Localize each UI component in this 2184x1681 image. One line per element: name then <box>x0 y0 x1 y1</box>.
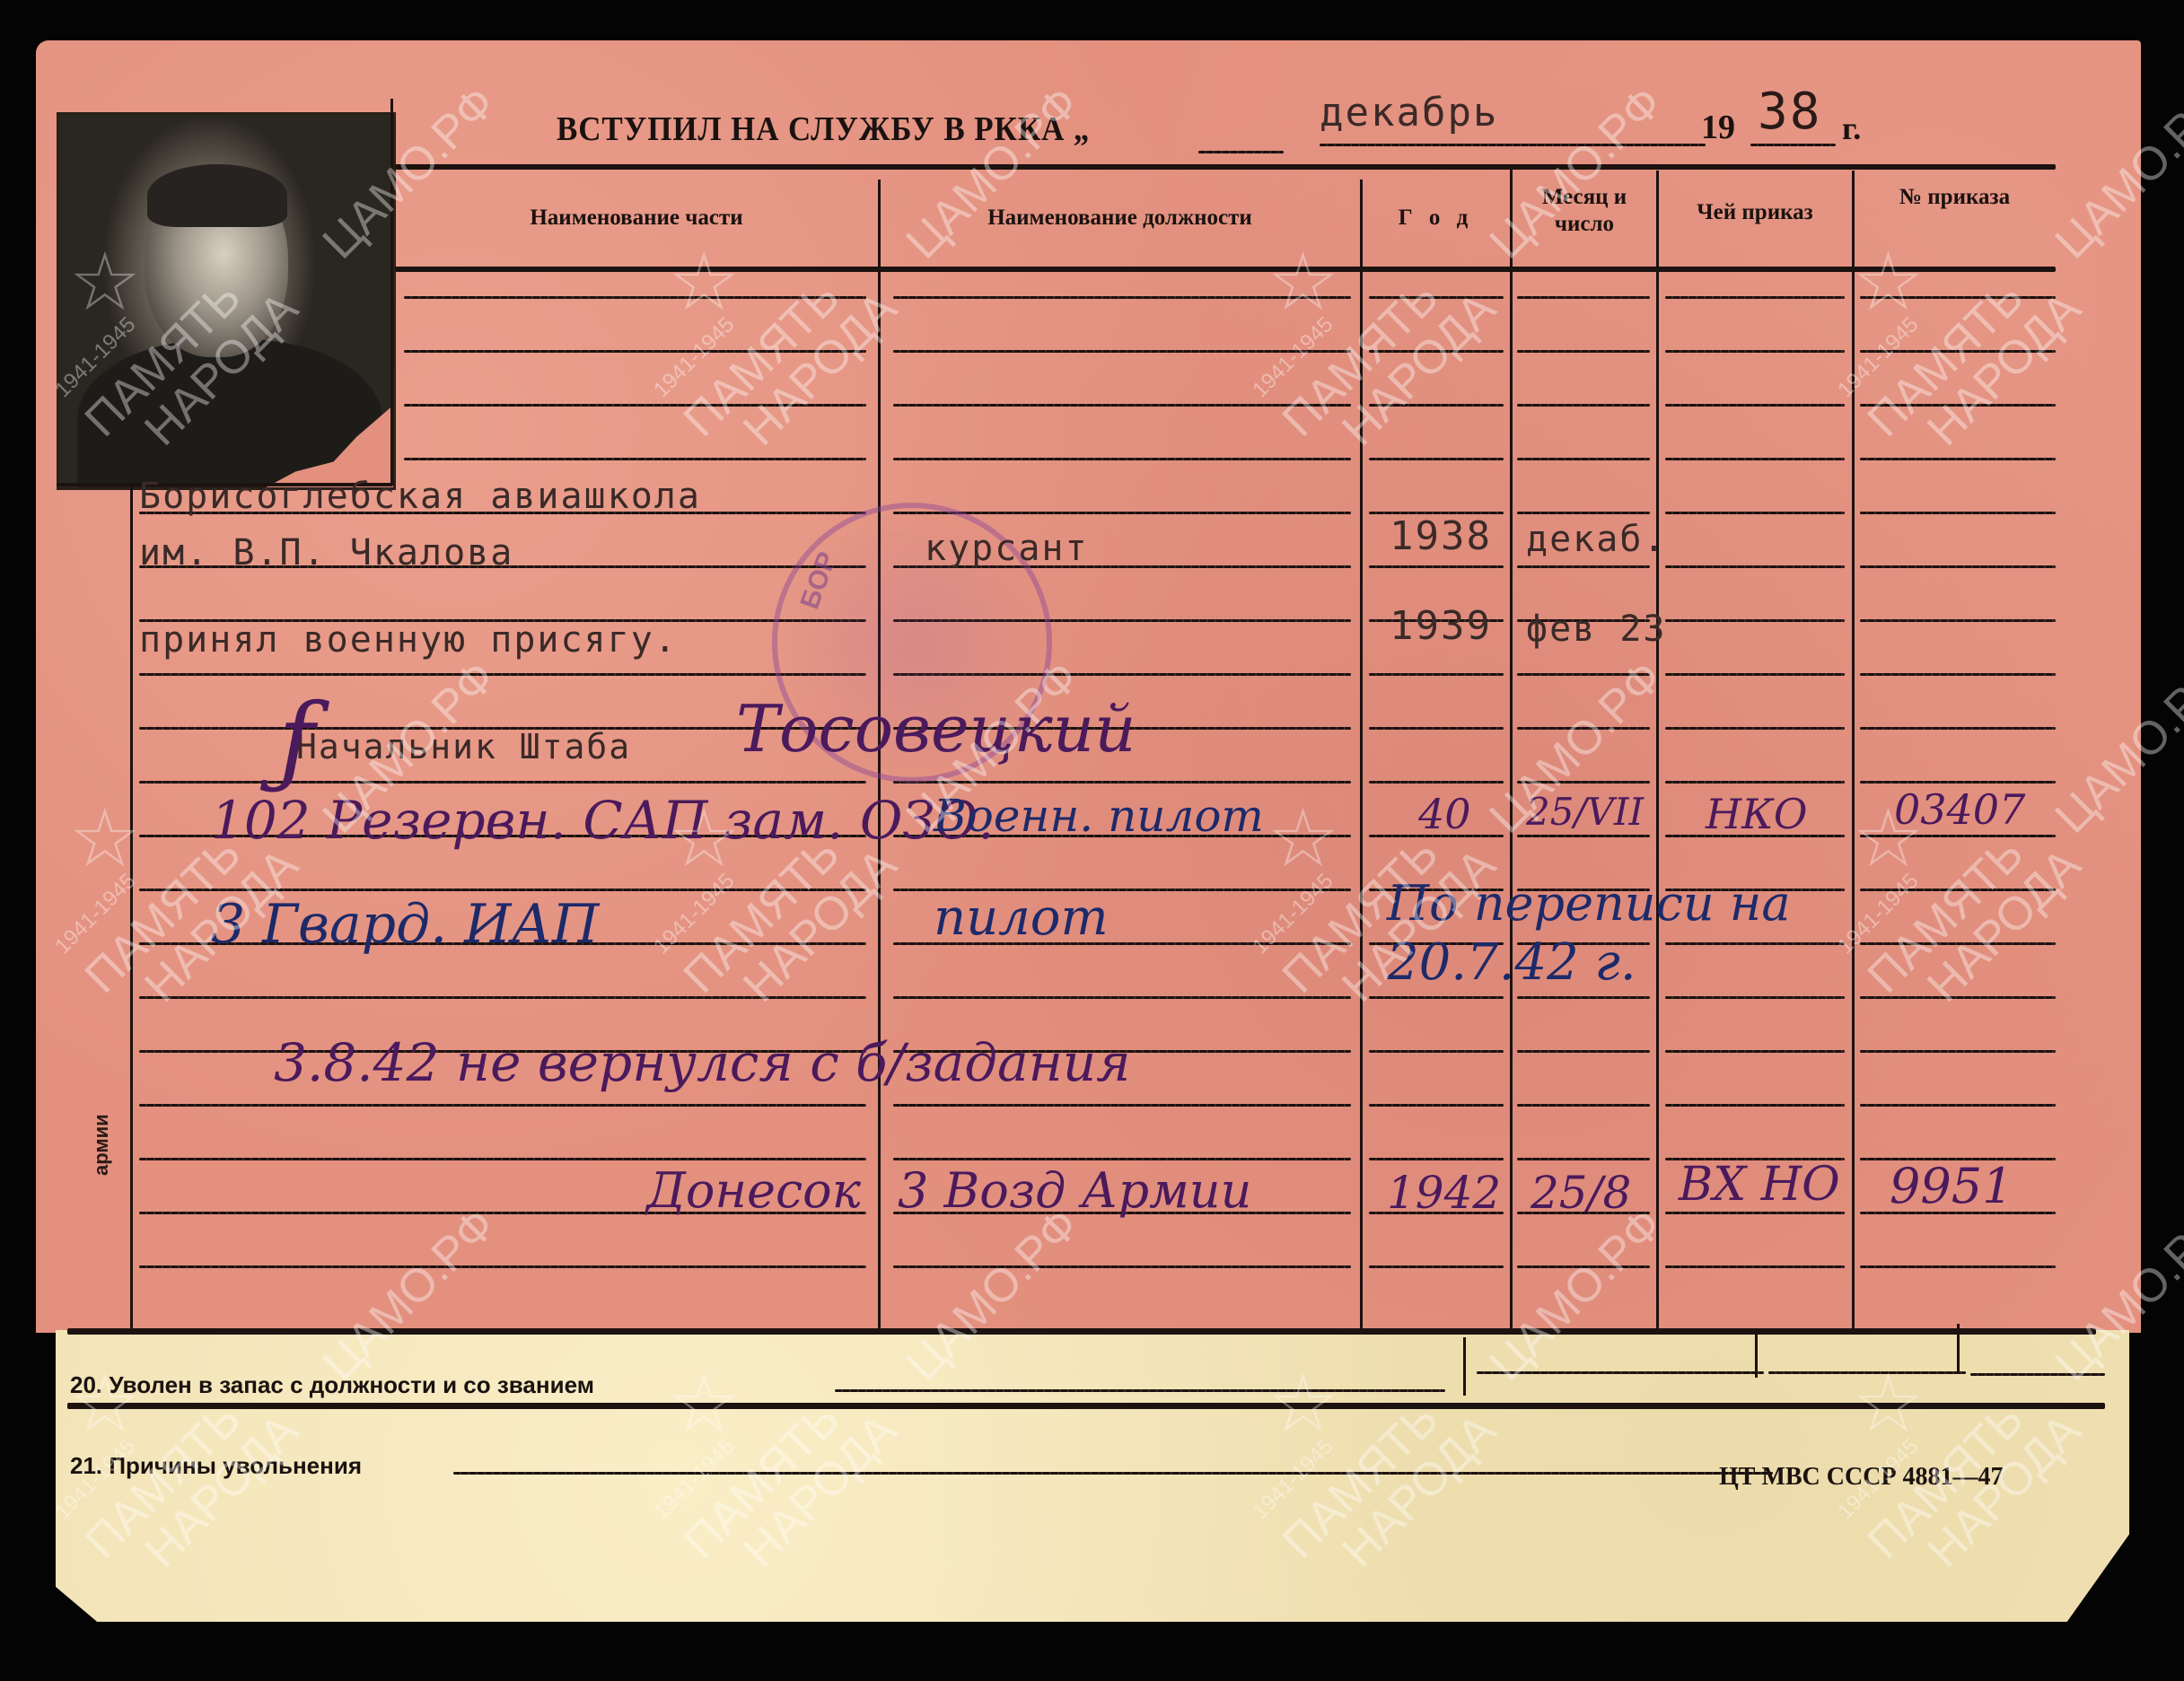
star-icon: ☆ <box>1852 799 1925 880</box>
row-2-unit: им. В.П. Чкалова <box>139 532 513 573</box>
row-2-position: курсант <box>925 528 1089 569</box>
ruled-line <box>1665 512 1845 514</box>
row-2-year: 1938 <box>1390 513 1492 559</box>
ruled-line <box>1369 673 1504 676</box>
ruled-line <box>893 1104 1351 1107</box>
ruled-line <box>1665 404 1845 407</box>
ruled-line <box>139 1265 866 1268</box>
row-3-year: 1939 <box>1390 603 1492 649</box>
ruled-line <box>404 458 866 460</box>
row-9-order-no: 9951 <box>1890 1158 2013 1214</box>
star-icon: ☆ <box>69 242 142 323</box>
row-4-unit: Начальник Штаба <box>296 727 631 766</box>
ruled-line <box>1369 727 1504 730</box>
star-icon: ☆ <box>668 799 741 880</box>
row-9-order-by: ВХ НО <box>1679 1158 1840 1212</box>
ruled-line <box>1517 1104 1650 1107</box>
row-5-order-by: НКО <box>1706 790 1807 838</box>
ruled-line <box>1860 1104 2056 1107</box>
star-icon: ☆ <box>1267 242 1339 323</box>
ruled-line <box>1517 458 1650 460</box>
ruled-line <box>893 1265 1351 1268</box>
star-icon: ☆ <box>668 1364 741 1445</box>
day-underline <box>1198 151 1284 153</box>
row-8-note: 3.8.42 не вернулся с б/задания <box>274 1032 1131 1093</box>
star-icon: ☆ <box>69 1364 142 1445</box>
ruled-line <box>1517 296 1650 299</box>
header-top-rule <box>395 164 2056 170</box>
ruled-line <box>1369 1265 1504 1268</box>
row-5-position: Военн. пилот <box>934 790 1264 842</box>
ruled-line <box>1665 781 1845 784</box>
ruled-line <box>1369 996 1504 999</box>
row-6-position: пилот <box>934 889 1109 947</box>
ruled-line <box>1517 996 1650 999</box>
footer-tick-1 <box>1463 1337 1466 1396</box>
star-icon: ☆ <box>1852 242 1925 323</box>
row-3-unit: принял военную присягу. <box>139 619 678 661</box>
ruled-line <box>1369 1050 1504 1053</box>
ruled-line <box>1517 1050 1650 1053</box>
ruled-line <box>1369 1104 1504 1107</box>
ruled-line <box>1517 835 1650 837</box>
star-icon: ☆ <box>1267 799 1339 880</box>
ruled-line <box>1369 565 1504 568</box>
footer-tick-2 <box>1755 1328 1758 1378</box>
ruled-line <box>1860 619 2056 622</box>
ruled-line <box>1665 1212 1845 1214</box>
ruled-line <box>139 1104 866 1107</box>
row-9-date: 25/8 <box>1531 1167 1631 1219</box>
ruled-line <box>893 458 1351 460</box>
ruled-line <box>1665 942 1845 945</box>
row-2-date: декаб. <box>1526 519 1667 560</box>
ruled-line <box>893 996 1351 999</box>
header-order-no: № приказа <box>1854 184 2056 211</box>
ruled-line <box>1665 1104 1845 1107</box>
ruled-line <box>1860 458 2056 460</box>
year-unit: г. <box>1842 109 1861 147</box>
ruled-line <box>893 1158 1351 1160</box>
entry-month: декабрь <box>1320 90 1498 136</box>
star-icon: ☆ <box>668 242 741 323</box>
ruled-line <box>1517 512 1650 514</box>
ruled-line <box>1665 727 1845 730</box>
ruled-line <box>1369 458 1504 460</box>
ruled-line <box>1369 1158 1504 1160</box>
col-sep-3 <box>1510 166 1513 1328</box>
row-9-unit: Донесок <box>646 1162 861 1219</box>
ruled-line <box>139 1158 866 1160</box>
year-prefix: 19 <box>1701 108 1735 147</box>
ruled-line <box>139 673 866 676</box>
year-underline <box>1750 144 1836 146</box>
ruled-line <box>139 781 866 784</box>
ruled-line <box>1665 1265 1845 1268</box>
ruled-line <box>1665 458 1845 460</box>
ruled-line <box>1517 1158 1650 1160</box>
entry-year: 38 <box>1758 83 1821 141</box>
ruled-line <box>1665 565 1845 568</box>
ruled-line <box>1860 727 2056 730</box>
ruled-line <box>1860 781 2056 784</box>
ruled-line <box>1860 1265 2056 1268</box>
row-9-year: 1942 <box>1387 1167 1501 1219</box>
margin-label: армии <box>90 1114 113 1176</box>
ruled-line <box>1665 1050 1845 1053</box>
row-9-position: 3 Возд Армии <box>898 1162 1251 1219</box>
ruled-line <box>1517 350 1650 353</box>
signature-mark: ƒ <box>278 682 315 797</box>
row-1-unit: Борисоглебская авиашкола <box>139 476 701 517</box>
row-3-date: фев 23 <box>1526 608 1667 650</box>
star-icon: ☆ <box>1267 1364 1339 1445</box>
ruled-line <box>1860 565 2056 568</box>
ruled-line <box>1517 565 1650 568</box>
footer-mid-rule <box>67 1403 2105 1409</box>
month-underline <box>1320 144 1706 146</box>
ruled-line <box>1517 404 1650 407</box>
ruled-line <box>1860 512 2056 514</box>
header-order-by: Чей приказ <box>1658 199 1852 226</box>
ruled-line <box>1665 673 1845 676</box>
header-bottom-rule <box>395 267 2056 272</box>
col-sep-4 <box>1656 171 1659 1328</box>
ruled-line <box>1665 296 1845 299</box>
ruled-line <box>1860 673 2056 676</box>
signature: Тосовецкий <box>736 691 1136 766</box>
star-icon: ☆ <box>69 799 142 880</box>
ruled-line <box>1665 619 1845 622</box>
ruled-line <box>1665 996 1845 999</box>
col-sep-5 <box>1852 171 1855 1328</box>
line-21-underline <box>453 1472 1773 1475</box>
star-icon: ☆ <box>1852 1364 1925 1445</box>
ruled-line <box>1860 1050 2056 1053</box>
ruled-line <box>1665 350 1845 353</box>
